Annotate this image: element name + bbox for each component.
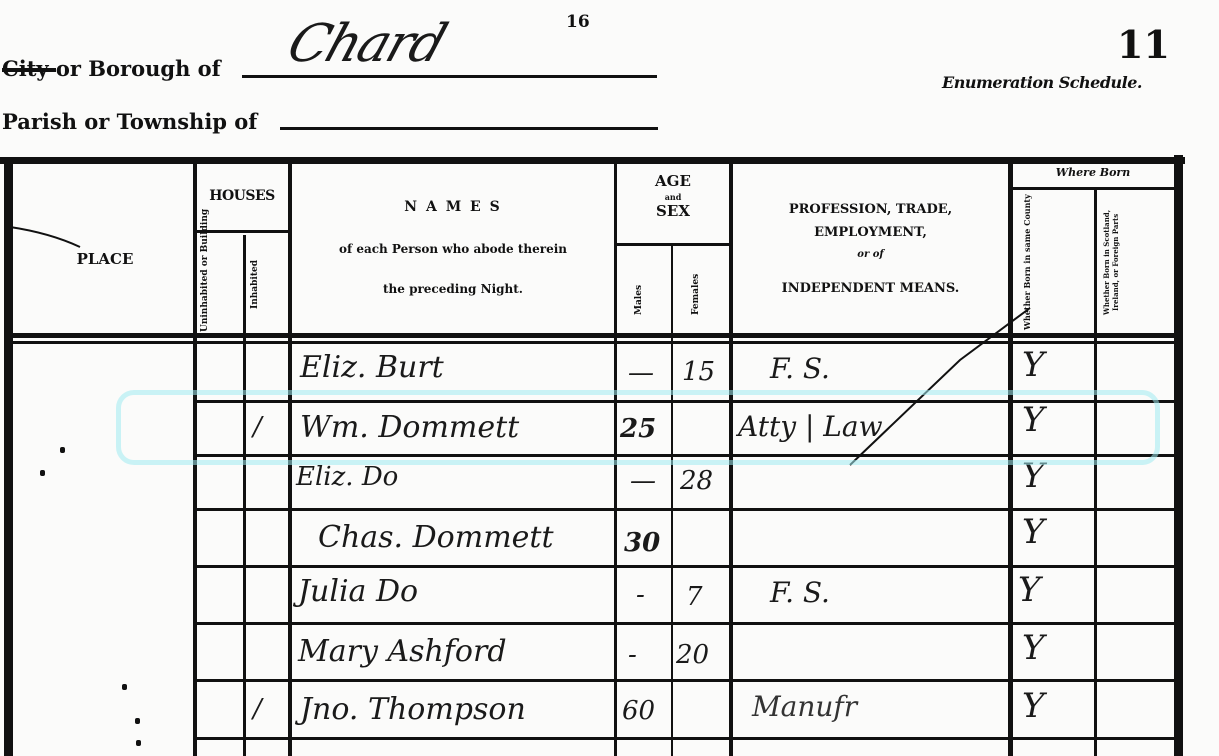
col-header-age-and: and <box>617 192 729 202</box>
person-name: Mary Ashford <box>298 634 507 669</box>
col-divider-born-elsewhere <box>1094 190 1097 756</box>
borough-underline <box>242 75 657 78</box>
row-rule-4 <box>195 565 1176 568</box>
schedule-title: Enumeration Schedule. <box>942 73 1142 92</box>
pen-stroke-place <box>10 225 90 255</box>
col-header-females: Females <box>691 258 711 330</box>
row-rule-5 <box>195 622 1176 625</box>
row-rule-6 <box>195 679 1176 682</box>
col-header-names-sub2: the preceding Night. <box>292 282 614 296</box>
col-divider-houses <box>243 235 246 756</box>
age-male: — <box>628 358 654 388</box>
profession: F. S. <box>770 576 830 609</box>
borough-value: Chard <box>280 14 452 74</box>
col-header-born-elsewhere: Whether Born in Scotland, Ireland, or Fo… <box>1102 194 1168 330</box>
col-header-profession-1: PROFESSION, TRADE, <box>733 202 1008 217</box>
col-header-inhabited: Inhabited <box>250 236 284 332</box>
row-rule-7 <box>195 737 1176 740</box>
houses-inhabited-mark: / <box>253 694 262 724</box>
born-same-county: Y <box>1018 570 1040 610</box>
ink-speck <box>60 447 65 453</box>
col-header-profession-2: EMPLOYMENT, <box>733 225 1008 240</box>
col-header-age: AGE <box>617 172 729 190</box>
born-same-county: Y <box>1022 512 1044 552</box>
ink-speck <box>135 718 140 724</box>
col-header-where-born: Where Born <box>1012 166 1174 179</box>
ink-speck <box>136 740 141 746</box>
col-header-names-title: N A M E S <box>292 199 614 215</box>
col-header-uninhabited: Uninhabited or Building <box>200 236 238 332</box>
row-highlight-box <box>116 390 1160 465</box>
where-born-subrule <box>1010 187 1176 190</box>
age-female: 28 <box>680 466 713 496</box>
age-male: - <box>628 640 637 670</box>
parish-underline <box>280 127 658 130</box>
age-male: 30 <box>624 528 660 558</box>
person-name: Julia Do <box>298 574 418 609</box>
schedule-number: 11 <box>1117 22 1170 67</box>
col-header-houses: HOUSES <box>194 188 290 204</box>
person-name: Eliz. Do <box>296 462 398 492</box>
person-name: Jno. Thompson <box>300 692 526 727</box>
col-header-sex: SEX <box>617 202 729 220</box>
age-subrule <box>616 243 730 246</box>
born-same-county: Y <box>1022 628 1044 668</box>
col-header-names-sub1: of each Person who abode therein <box>292 242 614 256</box>
ink-speck <box>122 684 127 690</box>
age-male: 60 <box>622 696 655 726</box>
row-rule-3 <box>195 508 1176 511</box>
col-header-profession-3: or of <box>733 249 1008 260</box>
age-female: 7 <box>686 582 703 612</box>
age-female: 15 <box>682 357 715 387</box>
parish-label: Parish or Township of <box>2 109 257 134</box>
profession: Manufr <box>752 690 857 723</box>
age-male: — <box>630 466 656 496</box>
person-name: Eliz. Burt <box>300 350 444 385</box>
age-female: 20 <box>676 640 709 670</box>
page-number: 16 <box>566 12 590 32</box>
age-male: - <box>636 580 645 610</box>
houses-subrule <box>196 230 290 233</box>
profession: F. S. <box>770 352 830 385</box>
col-header-profession-4: INDEPENDENT MEANS. <box>733 281 1008 296</box>
ink-speck <box>40 470 45 476</box>
born-same-county: Y <box>1022 686 1044 726</box>
borough-label-strikeout <box>2 68 56 72</box>
person-name: Chas. Dommett <box>318 520 554 555</box>
col-header-males: Males <box>634 270 654 330</box>
